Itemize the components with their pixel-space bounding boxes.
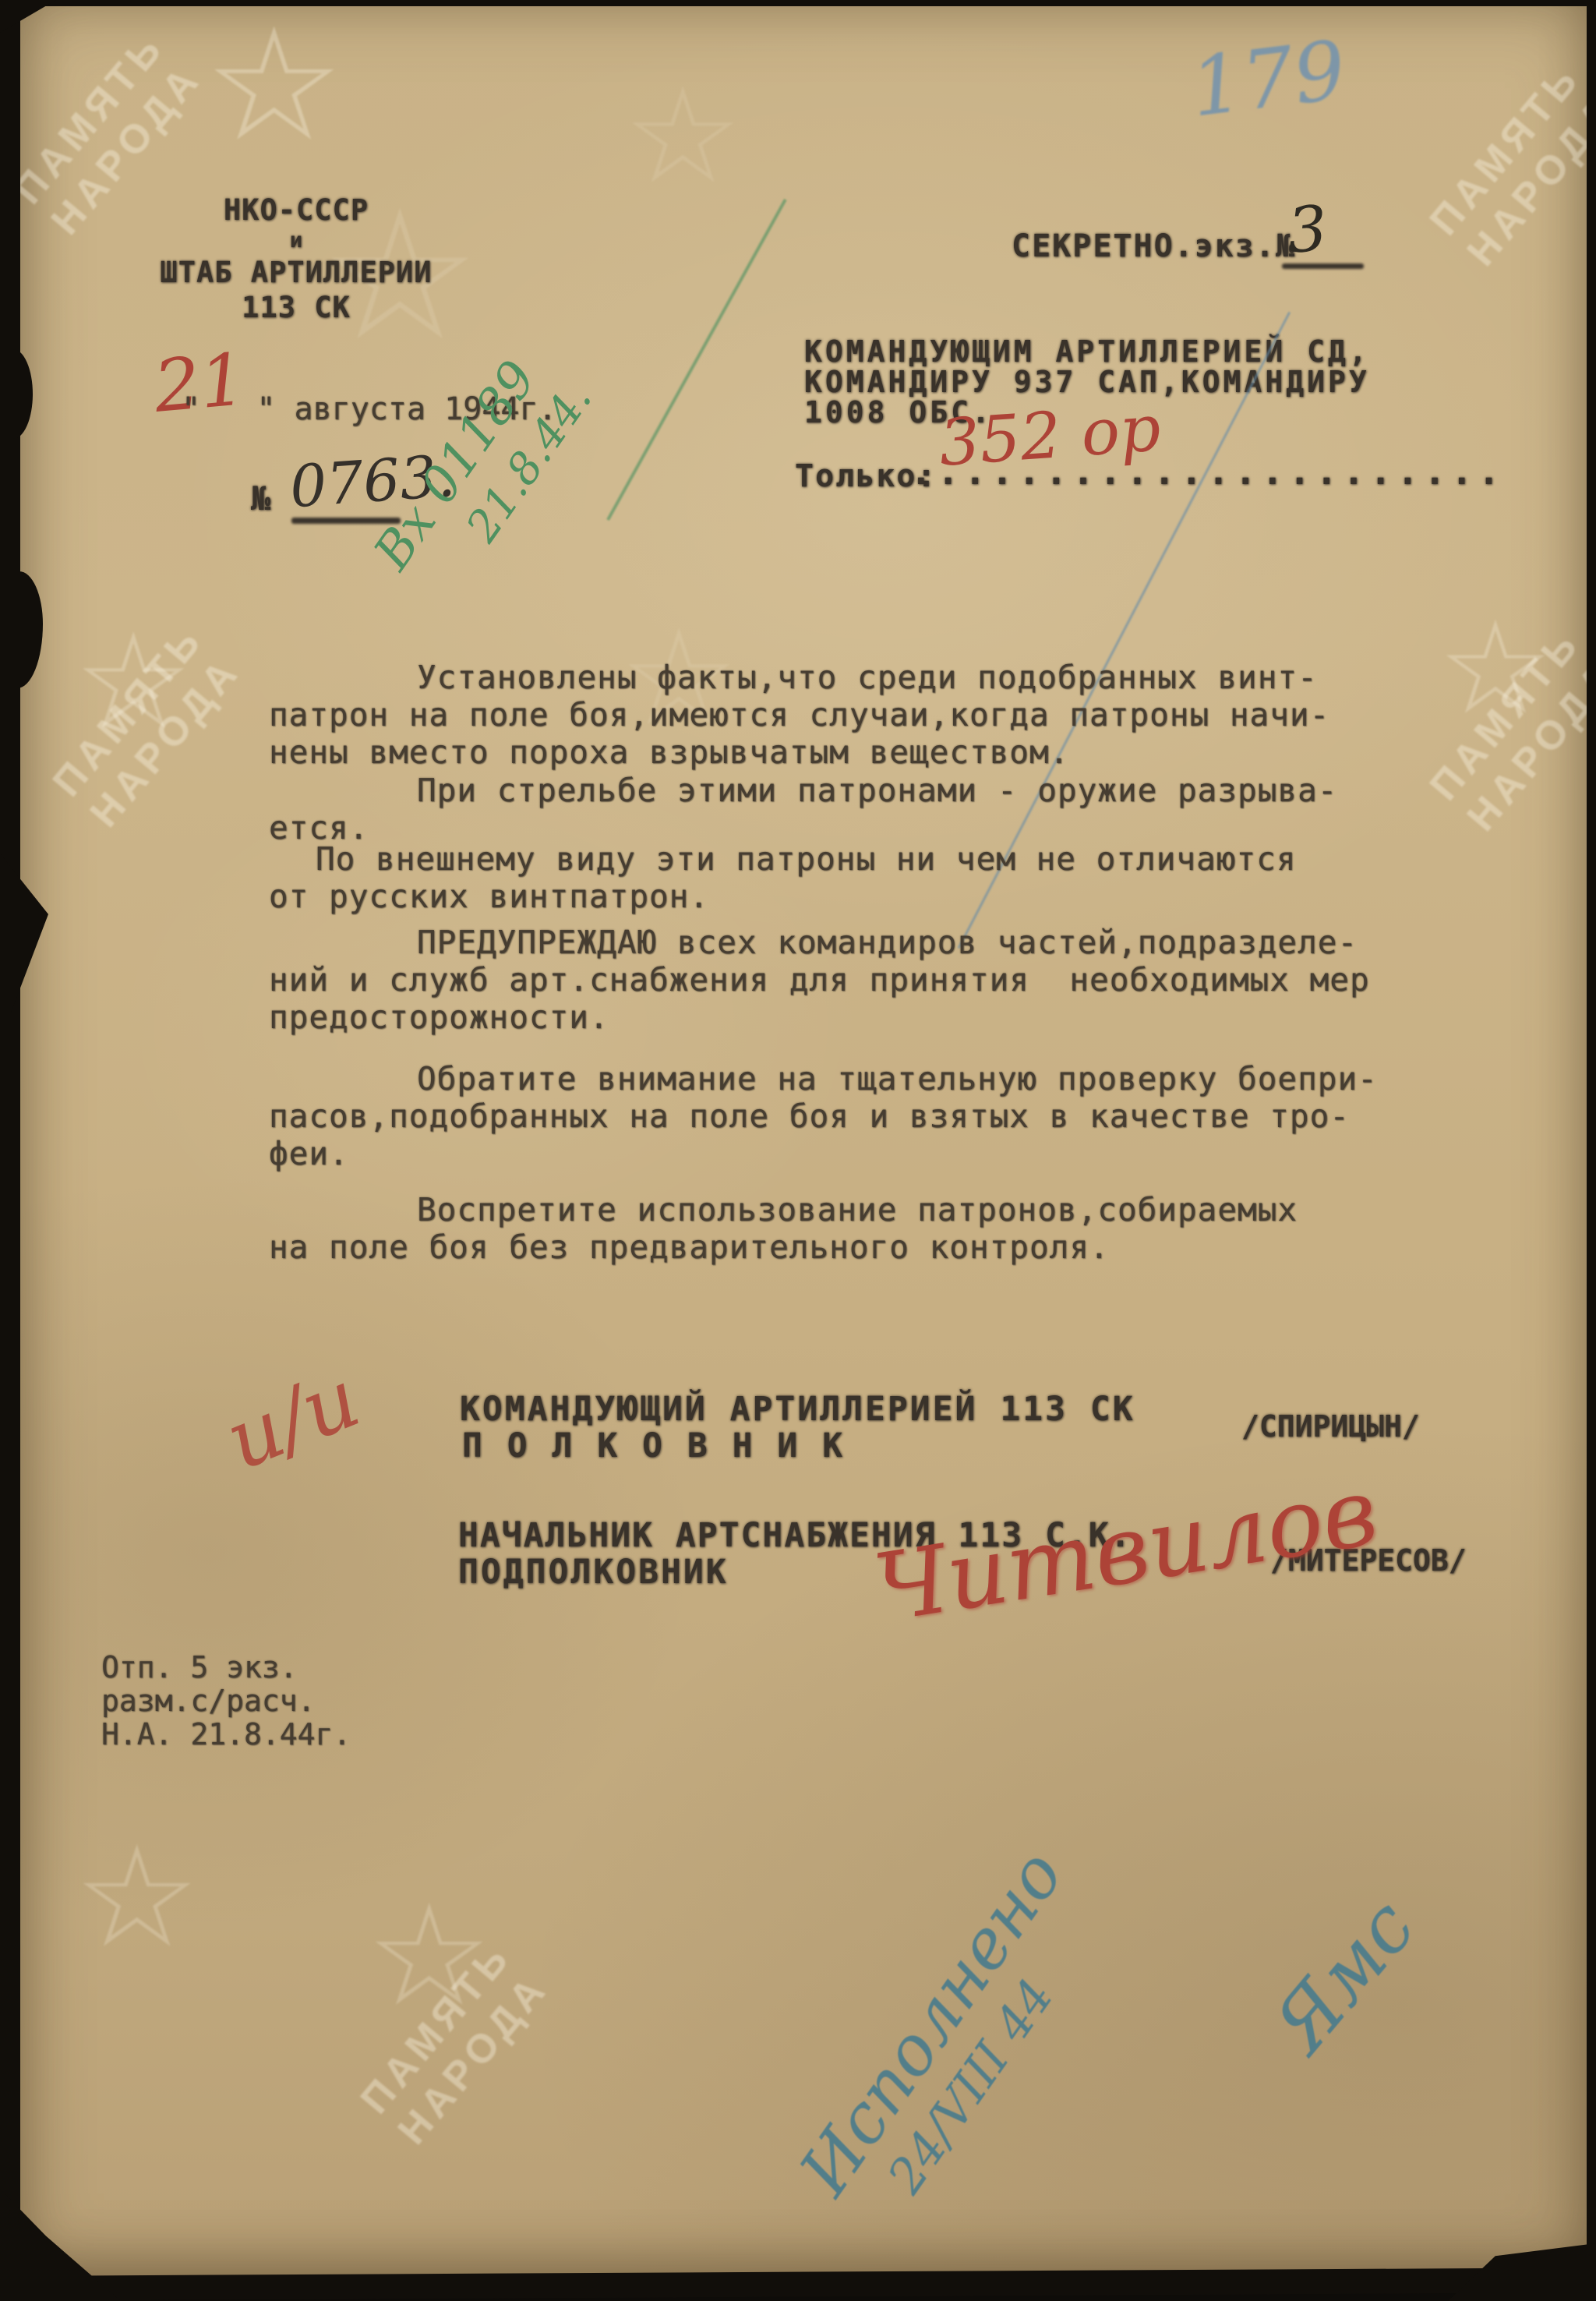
classification-stamp: СЕКРЕТНО.экз.№ (1012, 228, 1296, 264)
letterhead-unit: ШТАБ АРТИЛЛЕРИИ (160, 256, 432, 289)
letterhead-org: НКО-СССР (224, 193, 369, 227)
body-line: При стрельбе этими патронами - оружие ра… (269, 772, 1430, 809)
copy-number-underline (1282, 263, 1364, 269)
body-paragraph-3: По внешнему виду эти патроны ни чем не о… (269, 840, 1430, 915)
body-paragraph-6: Воспретите использование патронов,собира… (269, 1191, 1430, 1266)
body-paragraph-1: Установлены факты,что среди подобранных … (269, 659, 1430, 771)
production-note-line: Отп. 5 экз. (101, 1651, 351, 1684)
body-paragraph-5: Обратите внимание на тщательную проверку… (269, 1060, 1430, 1172)
star-watermark-icon: ☆ (74, 1828, 199, 1968)
signature2-rank: ПОДПОЛКОВНИК (458, 1553, 729, 1592)
body-line: Установлены факты,что среди подобранных … (269, 659, 1430, 696)
production-note-line: разм.с/расч. (101, 1684, 351, 1718)
production-note: Отп. 5 экз. разм.с/расч. Н.А. 21.8.44г. (101, 1651, 351, 1751)
star-watermark-icon: ☆ (204, 8, 344, 164)
addressee-line: КОМАНДУЮЩИМ АРТИЛЛЕРИЕЙ СД, (804, 337, 1370, 367)
letterhead-conjunction: и (290, 228, 302, 253)
body-line: По внешнему виду эти патроны ни чем не о… (269, 840, 1430, 878)
body-paragraph-4: ПРЕДУПРЕЖДАЮ всех командиров частей,подр… (269, 924, 1430, 1036)
body-line: патрон на поле боя,имеются случаи,когда … (269, 696, 1430, 733)
number-sign: № (251, 479, 270, 518)
body-line: ний и служб арт.снабжения для принятия н… (269, 961, 1430, 999)
scan-edge-right (1587, 0, 1596, 2301)
signature1-rank: П О Л К О В Н И К (462, 1426, 845, 1465)
star-watermark-icon: ☆ (623, 70, 742, 203)
letterhead-corps: 113 СК (242, 291, 351, 324)
body-line: Обратите внимание на тщательную проверку… (269, 1060, 1430, 1097)
production-note-line: Н.А. 21.8.44г. (101, 1718, 351, 1751)
body-paragraph-2: При стрельбе этими патронами - оружие ра… (269, 772, 1430, 847)
signature1-title: КОМАНДУЮЩИЙ АРТИЛЛЕРИЕЙ 113 СК (460, 1390, 1135, 1429)
scan-edge-left (0, 0, 20, 2301)
signature1-name: /СПИРИЦЫН/ (1241, 1409, 1420, 1444)
addressee-line: КОМАНДИРУ 937 САП,КОМАНДИРУ (804, 367, 1370, 398)
body-line: нены вместо пороха взрывчатым веществом. (269, 733, 1430, 771)
body-line: предосторожности. (269, 999, 1430, 1036)
body-line: ПРЕДУПРЕЖДАЮ всех командиров частей,подр… (269, 924, 1430, 961)
body-line: пасов,подобранных на поле боя и взятых в… (269, 1097, 1430, 1135)
letterhead: НКО-СССР и ШТАБ АРТИЛЛЕРИИ 113 СК (125, 193, 468, 324)
body-line: Воспретите использование патронов,собира… (269, 1191, 1430, 1228)
only-value-handwritten: 352 ор (937, 391, 1163, 481)
copy-number-handwritten: 3 (1285, 192, 1329, 267)
body-line: от русских винтпатрон. (269, 878, 1430, 915)
archive-page-number: 179 (1185, 22, 1351, 135)
body-line: на поле боя без предварительного контрол… (269, 1228, 1430, 1266)
document-scan: ☆ ☆ ☆ ☆ ☆ ☆ ☆ ☆ ПАМЯТЬ НАРОДА ПАМЯТЬ НАР… (0, 0, 1596, 2301)
scan-edge-top (0, 0, 1596, 6)
body-line: феи. (269, 1135, 1430, 1172)
